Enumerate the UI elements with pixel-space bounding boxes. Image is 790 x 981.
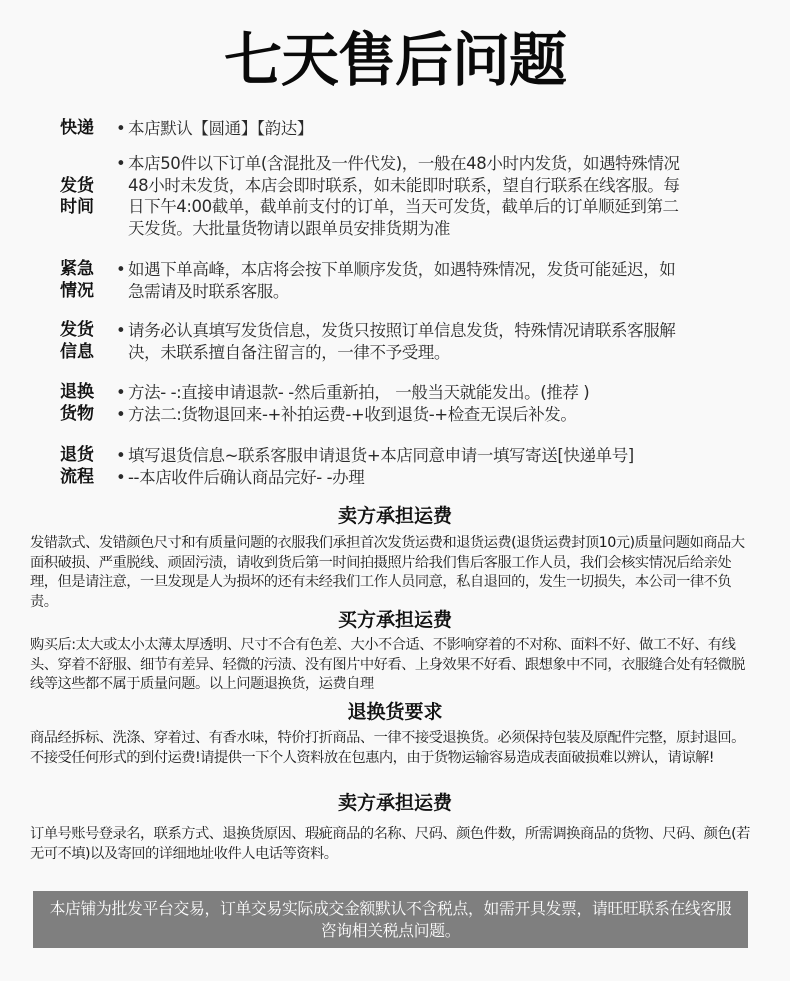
- policy-row-exchange: 退换 货物 • 方法- -:直接申请退款- -然后重新拍， 一般当天就能发出。(…: [60, 382, 700, 425]
- policy-item-text: 如遇下单高峰，本店将会按下单顺序发货，如遇特殊情况，发货可能延迟，如急需请及时联…: [128, 260, 675, 301]
- section-text-return-info: 订单号账号登录名，联系方式、退换货原因、瑕疵商品的名称、尺码、颜色件数，所需调换…: [30, 825, 754, 864]
- policy-item-text: 请务必认真填写发货信息，发货只按照订单信息发货，特殊情况请联系客服解决，未联系擅…: [128, 321, 675, 362]
- policy-item: • 填写退货信息~联系客服申请退货+本店同意申请一填写寄送[快递单号]: [116, 445, 686, 467]
- page-title: 七天售后问题: [0, 24, 790, 96]
- tax-notice-text: 本店铺为批发平台交易，订单交易实际成交金额默认不含税点，如需开具发票，请旺旺联系…: [50, 899, 732, 940]
- policy-item: • 请务必认真填写发货信息，发货只按照订单信息发货，特殊情况请联系客服解决，未联…: [116, 320, 686, 363]
- policy-label: 快递: [60, 118, 104, 140]
- policy-item-text: 方法- -:直接申请退款- -然后重新拍， 一般当天就能发出。(推荐 ): [128, 383, 589, 402]
- section-heading-exchange-requirements: 退换货要求: [0, 699, 790, 725]
- bullet-icon: •: [116, 467, 126, 489]
- bullet-icon: •: [116, 153, 126, 175]
- policy-item-text: 填写退货信息~联系客服申请退货+本店同意申请一填写寄送[快递单号]: [128, 446, 634, 465]
- policy-item: • 如遇下单高峰，本店将会按下单顺序发货，如遇特殊情况，发货可能延迟，如急需请及…: [116, 259, 686, 302]
- bullet-icon: •: [116, 259, 126, 281]
- bullet-icon: •: [116, 445, 126, 467]
- policy-row-express: 快递 • 本店默认【圆通】【韵达】: [60, 118, 700, 140]
- policy-row-emergency: 紧急 情况 • 如遇下单高峰，本店将会按下单顺序发货，如遇特殊情况，发货可能延迟…: [60, 259, 700, 302]
- policy-label: 退换 货物: [60, 382, 104, 425]
- bullet-icon: •: [116, 382, 126, 404]
- section-text-seller-shipping: 发错款式、发错颜色尺寸和有质量问题的衣服我们承担首次发货运费和退货运费(退货运费…: [30, 534, 754, 612]
- policy-item-text: 本店默认【圆通】【韵达】: [128, 119, 313, 138]
- bullet-icon: •: [116, 404, 126, 426]
- section-heading-return-info: 卖方承担运费: [0, 790, 790, 816]
- policy-item-text: 方法二:货物退回来-+补拍运费-+收到退货-+检查无误后补发。: [128, 405, 577, 424]
- policy-item: • 方法二:货物退回来-+补拍运费-+收到退货-+检查无误后补发。: [116, 404, 686, 426]
- policy-label: 紧急 情况: [60, 259, 104, 302]
- section-heading-seller-shipping: 卖方承担运费: [0, 503, 790, 529]
- section-text-exchange-requirements: 商品经拆标、洗涤、穿着过、有香水味，特价打折商品、一律不接受退换货。必须保持包装…: [30, 729, 754, 768]
- policy-item: • 本店默认【圆通】【韵达】: [116, 118, 686, 140]
- policy-row-return-process: 退货 流程 • 填写退货信息~联系客服申请退货+本店同意申请一填写寄送[快递单号…: [60, 445, 700, 488]
- bullet-icon: •: [116, 320, 126, 342]
- policy-item: • 本店50件以下订单(含混批及一件代发)，一般在48小时内发货，如遇特殊情况4…: [116, 153, 686, 239]
- bullet-icon: •: [116, 118, 126, 140]
- section-heading-buyer-shipping: 买方承担运费: [0, 607, 790, 633]
- policy-row-shipping-info: 发货 信息 • 请务必认真填写发货信息，发货只按照订单信息发货，特殊情况请联系客…: [60, 320, 700, 363]
- policy-label: 发货 信息: [60, 320, 104, 363]
- policy-label: 发货 时间: [60, 176, 104, 219]
- section-text-buyer-shipping: 购买后:太大或太小太薄太厚透明、尺寸不合有色差、大小不合适、不影响穿着的不对称、…: [30, 636, 754, 695]
- policy-item: • 方法- -:直接申请退款- -然后重新拍， 一般当天就能发出。(推荐 ): [116, 382, 686, 404]
- policy-item-text: --本店收件后确认商品完好- -办理: [128, 468, 364, 487]
- tax-notice-banner: 本店铺为批发平台交易，订单交易实际成交金额默认不含税点，如需开具发票，请旺旺联系…: [33, 891, 748, 948]
- policy-row-shipping-time: 发货 时间 • 本店50件以下订单(含混批及一件代发)，一般在48小时内发货，如…: [60, 153, 700, 239]
- policy-item-text: 本店50件以下订单(含混批及一件代发)，一般在48小时内发货，如遇特殊情况48小…: [128, 154, 680, 238]
- policy-label: 退货 流程: [60, 445, 104, 488]
- policy-item: • --本店收件后确认商品完好- -办理: [116, 467, 686, 489]
